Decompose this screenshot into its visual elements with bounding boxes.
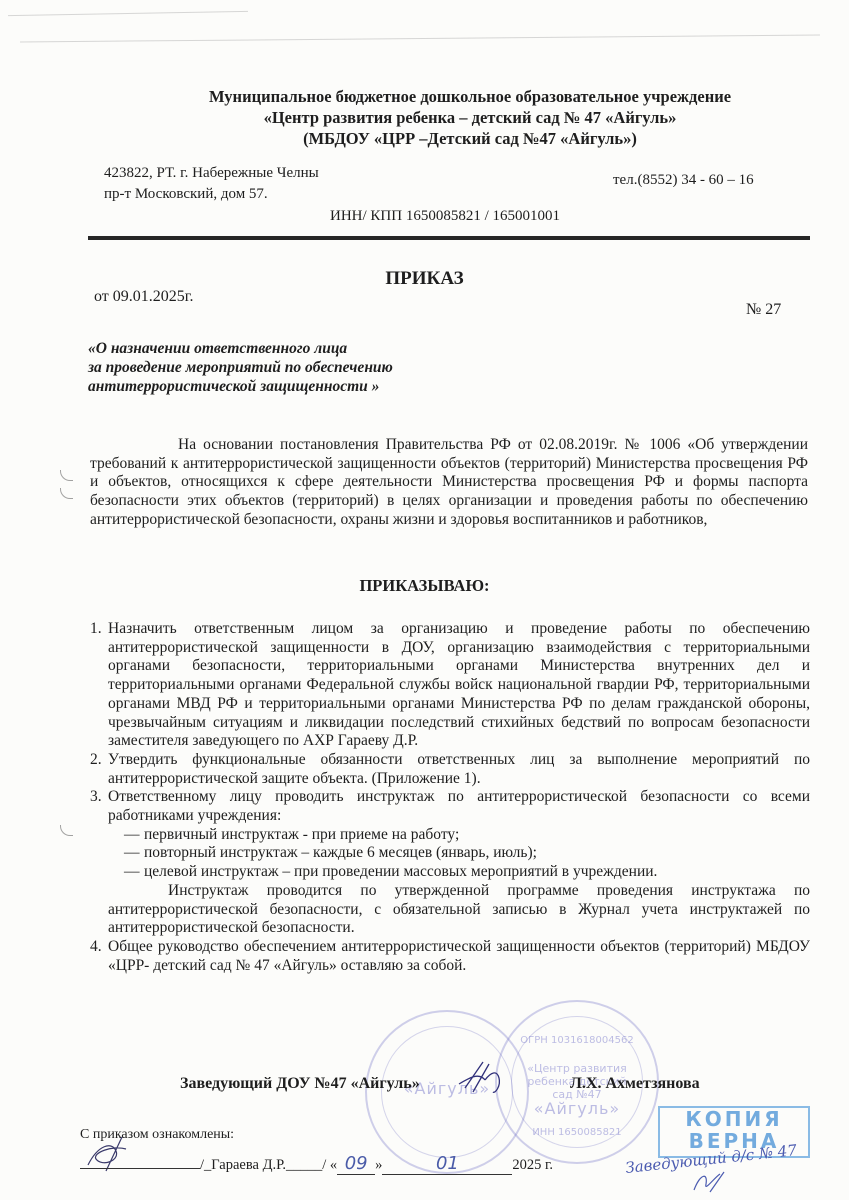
order-item: 3. Ответственному лицу проводить инструк… [90, 788, 810, 825]
binding-mark [60, 488, 73, 499]
dash-bullet: — [124, 863, 140, 882]
address-line1: 423822, РТ. г. Набережные Челны [104, 163, 319, 184]
subject-line3: антитеррористической защищенности » [88, 377, 393, 396]
header-divider [88, 236, 810, 240]
order-item: 4. Общее руководство обеспечением антите… [90, 938, 810, 975]
item-text: Назначить ответственным лицом за организ… [108, 620, 810, 749]
briefing-item: — первичный инструктаж - при приеме на р… [90, 826, 810, 845]
order-item: 2. Утвердить функциональные обязанности … [90, 751, 810, 788]
briefing-text: целевой инструктаж – при проведении масс… [144, 863, 657, 880]
binding-mark [60, 825, 73, 836]
scan-artifact-line [8, 11, 248, 16]
document-page: Муниципальное бюджетное дошкольное образ… [0, 0, 849, 1200]
seal-name: «Айгуль» [497, 1102, 657, 1115]
acquaintance-month: 01 [382, 1153, 512, 1175]
briefing-note: Инструктаж проводится по утвержденной пр… [90, 882, 810, 938]
separator: _____/ « [286, 1157, 337, 1173]
document-title: ПРИКАЗ [0, 268, 849, 290]
seal-ogrn: ОГРН 1031618004562 [497, 1034, 657, 1047]
copy-signature [690, 1168, 730, 1196]
director-signature [455, 1058, 505, 1098]
briefing-text: повторный инструктаж – каждые 6 месяцев … [144, 844, 537, 861]
signatory-name: Л.Х. Ахметзянова [570, 1075, 700, 1093]
acquaintance-line: /_Гараева Д.Р._____/ «09»012025 г. [80, 1153, 553, 1175]
address-line2: пр-т Московский, дом 57. [104, 184, 319, 205]
seal-line: «Центр развития [497, 1062, 657, 1075]
item-number: 3. [90, 788, 102, 807]
item-number: 4. [90, 938, 102, 957]
organization-header: Муниципальное бюджетное дошкольное образ… [180, 86, 760, 149]
address-block: 423822, РТ. г. Набережные Челны пр-т Мос… [104, 163, 319, 205]
signature-blank [80, 1168, 200, 1169]
item-number: 2. [90, 751, 102, 770]
acquaintance-year: 2025 г. [512, 1157, 553, 1173]
org-name-line1: Муниципальное бюджетное дошкольное образ… [180, 86, 760, 107]
inn-kpp: ИНН/ КПП 1650085821 / 165001001 [330, 208, 560, 225]
item-text: Общее руководство обеспечением антитерро… [108, 938, 810, 974]
item-number: 1. [90, 620, 102, 639]
org-name-line3: (МБДОУ «ЦРР –Детский сад №47 «Айгуль») [180, 128, 760, 149]
intro-paragraph: На основании постановления Правительства… [90, 436, 808, 530]
org-name-line2: «Центр развития ребенка – детский сад № … [180, 107, 760, 128]
seal-inn: ИНН 1650085821 [497, 1126, 657, 1139]
acquainted-person: Гараева Д.Р. [211, 1157, 286, 1173]
briefing-text: первичный инструктаж - при приеме на раб… [144, 826, 459, 843]
dash-bullet: — [124, 826, 140, 845]
signatory-role: Заведующий ДОУ №47 «Айгуль» [180, 1075, 420, 1093]
subject-line1: «О назначении ответственного лица [88, 339, 393, 358]
phone: тел.(8552) 34 - 60 – 16 [613, 172, 754, 189]
stamp-line1: КОПИЯ [660, 1108, 808, 1130]
subject-line2: за проведение мероприятий по обеспечению [88, 358, 393, 377]
scan-artifact-line [20, 35, 820, 43]
binding-mark [60, 470, 73, 481]
briefing-item: — целевой инструктаж – при проведении ма… [90, 863, 810, 882]
briefing-item: — повторный инструктаж – каждые 6 месяце… [90, 844, 810, 863]
item-text: Ответственному лицу проводить инструктаж… [108, 788, 810, 824]
document-number: № 27 [746, 301, 781, 319]
order-item: 1. Назначить ответственным лицом за орга… [90, 620, 810, 751]
document-subject: «О назначении ответственного лица за про… [88, 339, 393, 396]
separator: » [375, 1157, 382, 1173]
document-date: от 09.01.2025г. [94, 288, 194, 306]
dash-bullet: — [124, 844, 140, 863]
separator: /_ [200, 1157, 211, 1173]
order-items: 1. Назначить ответственным лицом за орга… [90, 620, 810, 975]
acquaintance-day: 09 [337, 1153, 375, 1175]
order-heading: ПРИКАЗЫВАЮ: [0, 576, 849, 596]
item-text: Утвердить функциональные обязанности отв… [108, 751, 810, 787]
